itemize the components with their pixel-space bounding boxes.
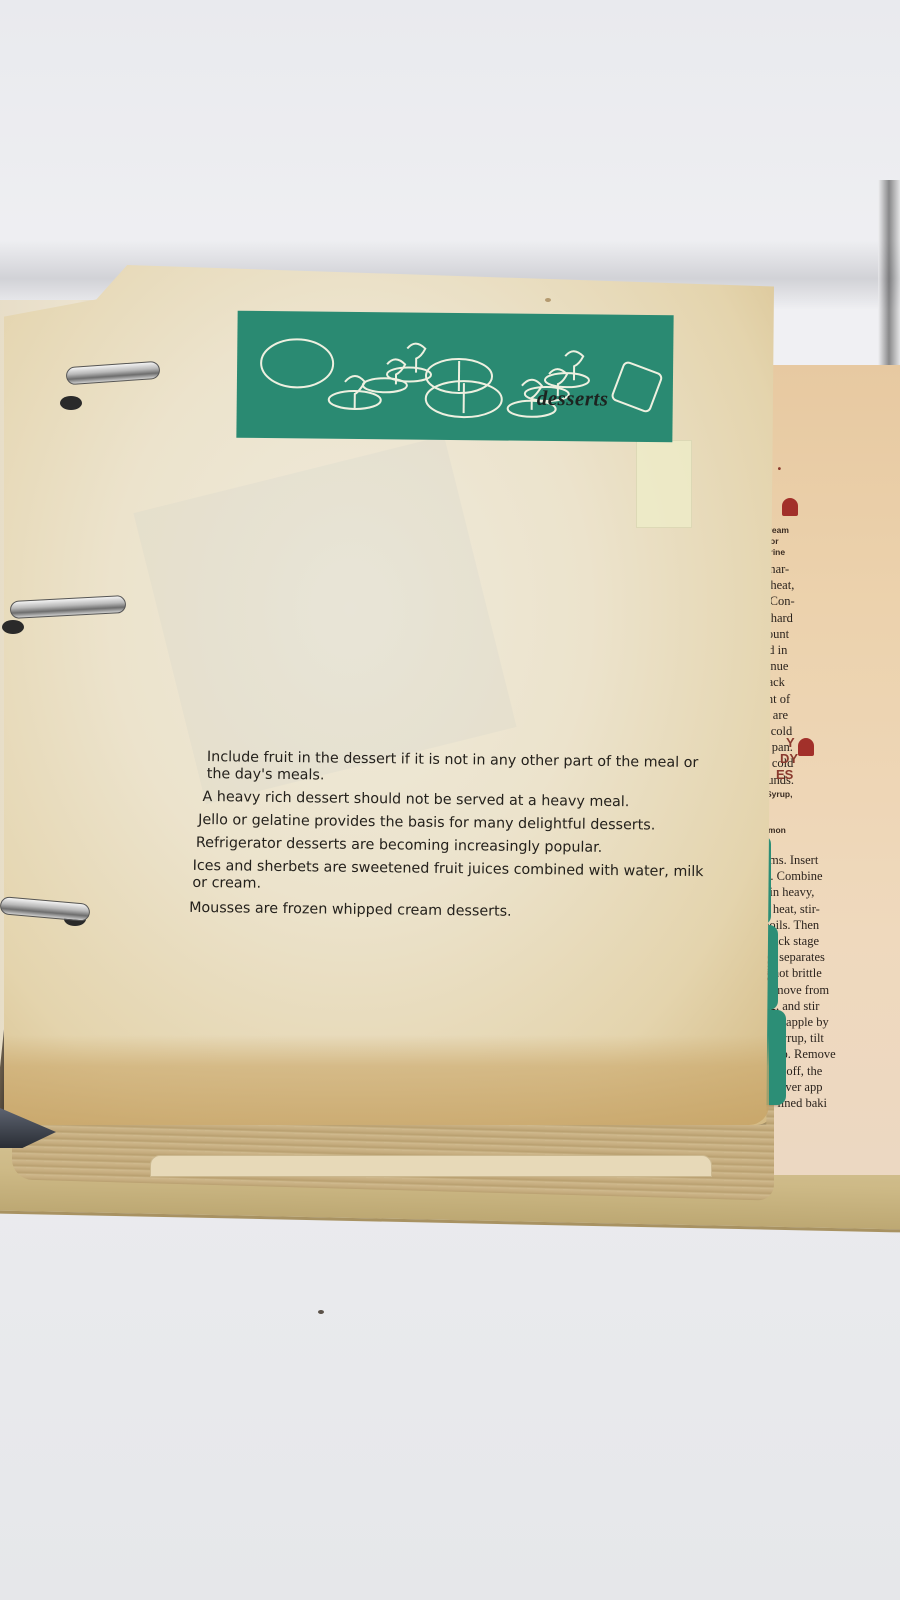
tip: Refrigerator desserts are becoming incre… <box>188 835 708 858</box>
banner-label: desserts <box>537 386 609 412</box>
page-stain <box>4 1035 769 1125</box>
tip: Jello or gelatine provides the basis for… <box>188 812 708 835</box>
bell-icon <box>782 498 798 516</box>
dessert-tips: Include fruit in the dessert if it is no… <box>187 749 709 929</box>
ring-hole <box>2 620 24 634</box>
tip: A heavy rich dessert should not be serve… <box>188 789 708 812</box>
page-speck <box>545 298 551 302</box>
tip: Mousses are frozen whipped cream dessert… <box>187 900 707 923</box>
tip: Include fruit in the dessert if it is no… <box>189 749 709 789</box>
recipe2-ingredient: Syrup, <box>766 789 792 800</box>
page-edge <box>150 1155 712 1177</box>
dessert-illustration-icon <box>236 311 673 443</box>
bell-icon <box>798 738 814 756</box>
surface-speck <box>318 1310 324 1314</box>
desserts-banner: desserts <box>236 311 673 443</box>
recipe2-title-line: ES <box>776 767 793 782</box>
tape-strip <box>636 440 692 528</box>
recipe2-title-line: Y <box>786 735 795 750</box>
recipe2-title-line: DY <box>780 751 798 766</box>
tip: Ices and sherbets are sweetened fruit ju… <box>187 858 707 898</box>
ring-hole <box>60 396 82 410</box>
